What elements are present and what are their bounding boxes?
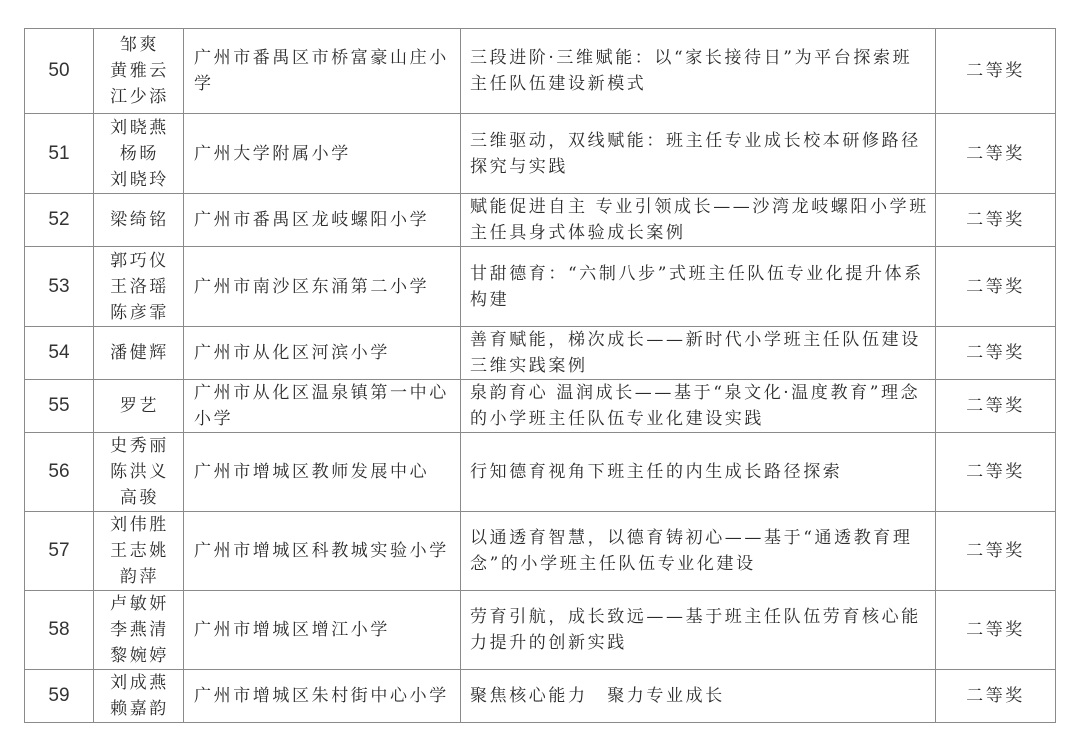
award-level: 二等奖 bbox=[936, 327, 1056, 380]
author-name: 史秀丽 bbox=[94, 433, 183, 459]
school-name: 广州大学附属小学 bbox=[184, 114, 461, 194]
award-level: 二等奖 bbox=[936, 247, 1056, 327]
award-level: 二等奖 bbox=[936, 194, 1056, 247]
table-row: 54 潘健辉 广州市从化区河滨小学 善育赋能，梯次成长——新时代小学班主任队伍建… bbox=[25, 327, 1056, 380]
author-name: 潘健辉 bbox=[94, 340, 183, 366]
author-names: 潘健辉 bbox=[94, 327, 184, 380]
table-row: 52 梁绮铭 广州市番禺区龙岐螺阳小学 赋能促进自主 专业引领成长——沙湾龙岐螺… bbox=[25, 194, 1056, 247]
table-row: 51 刘晓燕杨旸刘晓玲 广州大学附属小学 三维驱动，双线赋能：班主任专业成长校本… bbox=[25, 114, 1056, 194]
project-title: 泉韵育心 温润成长——基于“泉文化·温度教育”理念的小学班主任队伍专业化建设实践 bbox=[461, 380, 936, 433]
project-title: 赋能促进自主 专业引领成长——沙湾龙岐螺阳小学班主任具身式体验成长案例 bbox=[461, 194, 936, 247]
row-number: 54 bbox=[25, 327, 94, 380]
award-level: 二等奖 bbox=[936, 433, 1056, 512]
school-name: 广州市增城区教师发展中心 bbox=[184, 433, 461, 512]
author-name: 王洛瑶 bbox=[94, 274, 183, 300]
author-name: 邹爽 bbox=[94, 32, 183, 58]
project-title: 行知德育视角下班主任的内生成长路径探索 bbox=[461, 433, 936, 512]
table-row: 55 罗艺 广州市从化区温泉镇第一中心小学 泉韵育心 温润成长——基于“泉文化·… bbox=[25, 380, 1056, 433]
author-names: 刘晓燕杨旸刘晓玲 bbox=[94, 114, 184, 194]
school-name: 广州市南沙区东涌第二小学 bbox=[184, 247, 461, 327]
school-name: 广州市增城区朱村街中心小学 bbox=[184, 670, 461, 723]
row-number: 55 bbox=[25, 380, 94, 433]
school-name: 广州市从化区温泉镇第一中心小学 bbox=[184, 380, 461, 433]
school-name: 广州市增城区科教城实验小学 bbox=[184, 512, 461, 591]
table-row: 53 郭巧仪王洛瑶陈彦霏 广州市南沙区东涌第二小学 甘甜德育：“六制八步”式班主… bbox=[25, 247, 1056, 327]
author-names: 罗艺 bbox=[94, 380, 184, 433]
author-name: 罗艺 bbox=[94, 393, 183, 419]
table-row: 56 史秀丽陈洪义高骏 广州市增城区教师发展中心 行知德育视角下班主任的内生成长… bbox=[25, 433, 1056, 512]
author-name: 韵萍 bbox=[94, 564, 183, 590]
project-title: 善育赋能，梯次成长——新时代小学班主任队伍建设三维实践案例 bbox=[461, 327, 936, 380]
award-level: 二等奖 bbox=[936, 29, 1056, 114]
project-title: 三维驱动，双线赋能：班主任专业成长校本研修路径探究与实践 bbox=[461, 114, 936, 194]
author-names: 郭巧仪王洛瑶陈彦霏 bbox=[94, 247, 184, 327]
author-name: 江少添 bbox=[94, 84, 183, 110]
author-name: 王志姚 bbox=[94, 538, 183, 564]
award-level: 二等奖 bbox=[936, 380, 1056, 433]
author-names: 邹爽黄雅云江少添 bbox=[94, 29, 184, 114]
table-row: 57 刘伟胜王志姚韵萍 广州市增城区科教城实验小学 以通透育智慧，以德育铸初心—… bbox=[25, 512, 1056, 591]
author-names: 史秀丽陈洪义高骏 bbox=[94, 433, 184, 512]
author-name: 杨旸 bbox=[94, 141, 183, 167]
table-row: 59 刘成燕赖嘉韵 广州市增城区朱村街中心小学 聚焦核心能力 聚力专业成长 二等… bbox=[25, 670, 1056, 723]
author-name: 李燕清 bbox=[94, 617, 183, 643]
project-title: 甘甜德育：“六制八步”式班主任队伍专业化提升体系构建 bbox=[461, 247, 936, 327]
project-title: 以通透育智慧，以德育铸初心——基于“通透教育理念”的小学班主任队伍专业化建设 bbox=[461, 512, 936, 591]
author-name: 刘晓燕 bbox=[94, 115, 183, 141]
award-level: 二等奖 bbox=[936, 670, 1056, 723]
table-body: 50 邹爽黄雅云江少添 广州市番禺区市桥富豪山庄小学 三段进阶·三维赋能：以“家… bbox=[25, 29, 1056, 723]
award-level: 二等奖 bbox=[936, 512, 1056, 591]
author-name: 梁绮铭 bbox=[94, 207, 183, 233]
table-row: 50 邹爽黄雅云江少添 广州市番禺区市桥富豪山庄小学 三段进阶·三维赋能：以“家… bbox=[25, 29, 1056, 114]
row-number: 56 bbox=[25, 433, 94, 512]
author-name: 黎婉婷 bbox=[94, 643, 183, 669]
project-title: 三段进阶·三维赋能：以“家长接待日”为平台探索班主任队伍建设新模式 bbox=[461, 29, 936, 114]
author-names: 卢敏妍李燕清黎婉婷 bbox=[94, 591, 184, 670]
author-name: 高骏 bbox=[94, 485, 183, 511]
row-number: 51 bbox=[25, 114, 94, 194]
author-names: 刘成燕赖嘉韵 bbox=[94, 670, 184, 723]
author-name: 陈彦霏 bbox=[94, 300, 183, 326]
author-name: 刘成燕 bbox=[94, 670, 183, 696]
row-number: 58 bbox=[25, 591, 94, 670]
row-number: 50 bbox=[25, 29, 94, 114]
award-level: 二等奖 bbox=[936, 114, 1056, 194]
author-name: 黄雅云 bbox=[94, 58, 183, 84]
row-number: 53 bbox=[25, 247, 94, 327]
award-list-table: 50 邹爽黄雅云江少添 广州市番禺区市桥富豪山庄小学 三段进阶·三维赋能：以“家… bbox=[24, 28, 1056, 723]
school-name: 广州市番禺区市桥富豪山庄小学 bbox=[184, 29, 461, 114]
author-name: 郭巧仪 bbox=[94, 248, 183, 274]
author-name: 陈洪义 bbox=[94, 459, 183, 485]
school-name: 广州市从化区河滨小学 bbox=[184, 327, 461, 380]
row-number: 59 bbox=[25, 670, 94, 723]
school-name: 广州市番禺区龙岐螺阳小学 bbox=[184, 194, 461, 247]
author-name: 赖嘉韵 bbox=[94, 696, 183, 722]
table-row: 58 卢敏妍李燕清黎婉婷 广州市增城区增江小学 劳育引航，成长致远——基于班主任… bbox=[25, 591, 1056, 670]
author-name: 卢敏妍 bbox=[94, 591, 183, 617]
row-number: 57 bbox=[25, 512, 94, 591]
school-name: 广州市增城区增江小学 bbox=[184, 591, 461, 670]
author-names: 刘伟胜王志姚韵萍 bbox=[94, 512, 184, 591]
project-title: 劳育引航，成长致远——基于班主任队伍劳育核心能力提升的创新实践 bbox=[461, 591, 936, 670]
author-name: 刘晓玲 bbox=[94, 167, 183, 193]
author-names: 梁绮铭 bbox=[94, 194, 184, 247]
project-title: 聚焦核心能力 聚力专业成长 bbox=[461, 670, 936, 723]
author-name: 刘伟胜 bbox=[94, 512, 183, 538]
award-level: 二等奖 bbox=[936, 591, 1056, 670]
row-number: 52 bbox=[25, 194, 94, 247]
